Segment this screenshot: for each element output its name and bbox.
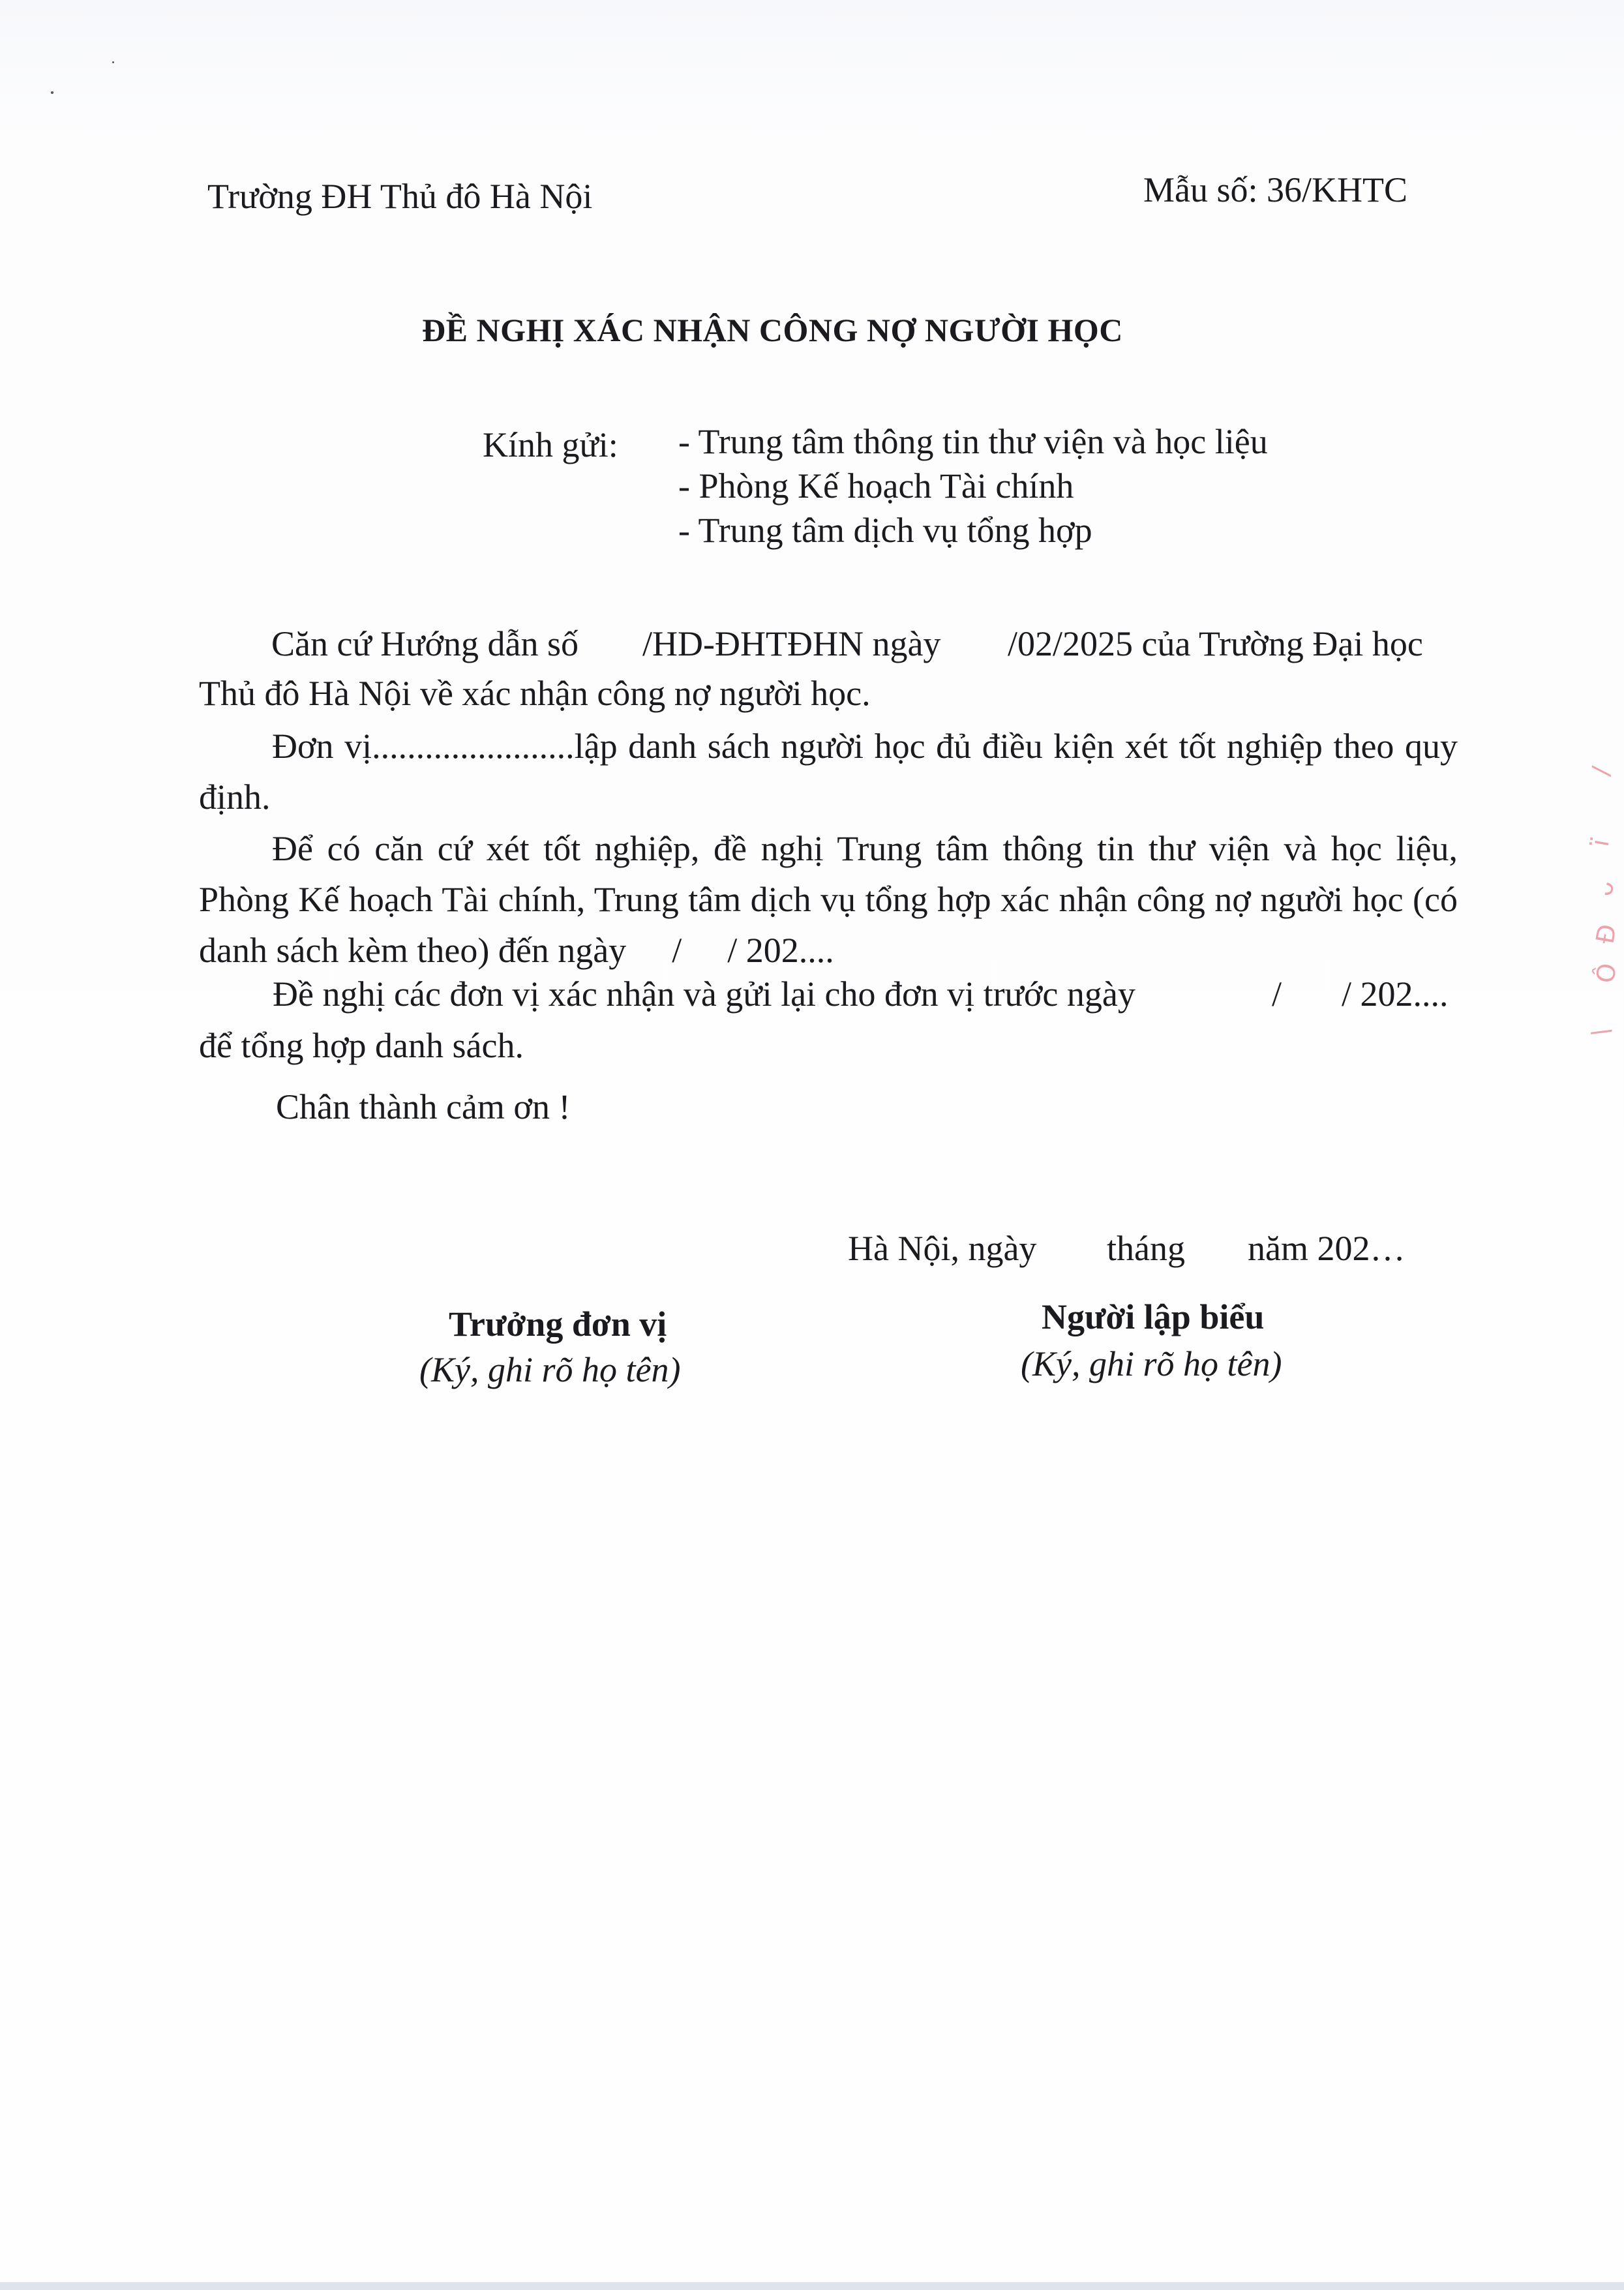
document-title: ĐỀ NGHỊ XÁC NHẬN CÔNG NỢ NGƯỜI HỌC <box>422 314 1123 346</box>
paragraph-basis-b: /HD-ĐHTĐHN ngày <box>642 626 940 661</box>
signature-role-head: Trưởng đơn vị <box>449 1306 667 1342</box>
scan-edge <box>0 2282 1624 2290</box>
recipient-item: - Trung tâm thông tin thư viện và học li… <box>678 424 1268 459</box>
paragraph-unit: Đơn vị.......................lập danh sá… <box>199 721 1458 822</box>
date-year-line: năm 202… <box>1248 1231 1405 1266</box>
paragraph-deadline-b: để tổng hợp danh sách. <box>199 1028 524 1063</box>
date-slash: / <box>1272 976 1282 1012</box>
recipient-item: - Trung tâm dịch vụ tổng hợp <box>678 513 1092 548</box>
recipients-label: Kính gửi: <box>483 427 618 462</box>
paragraph-request: Để có căn cứ xét tốt nghiệp, đề nghị Tru… <box>199 823 1458 976</box>
scan-speck <box>112 61 114 63</box>
closing-thanks: Chân thành cảm ơn ! <box>276 1089 570 1124</box>
form-number: Mẫu số: 36/KHTC <box>1143 172 1407 207</box>
paragraph-deadline-a: Đề nghị các đơn vị xác nhận và gửi lại c… <box>273 976 1135 1012</box>
document-page: Trường ĐH Thủ đô Hà Nội Mẫu số: 36/KHTC … <box>0 0 1624 2290</box>
date-place: Hà Nội, ngày <box>848 1231 1036 1266</box>
date-slash: / <box>672 931 682 970</box>
recipient-item: - Phòng Kế hoạch Tài chính <box>678 468 1074 504</box>
date-year: / 202.... <box>1342 976 1449 1012</box>
scan-speck <box>51 91 53 94</box>
paragraph-basis-a: Căn cứ Hướng dẫn số <box>271 626 579 661</box>
paragraph-basis-c: /02/2025 của Trường Đại học <box>1008 626 1423 661</box>
date-month: tháng <box>1107 1231 1185 1266</box>
signature-role-preparer: Người lập biểu <box>1042 1299 1264 1334</box>
margin-stamp-fragment: / ï ᴗ Đ Ô \ <box>1591 757 1624 1044</box>
school-name: Trường ĐH Thủ đô Hà Nội <box>207 179 592 214</box>
signature-note-preparer: (Ký, ghi rõ họ tên) <box>1021 1346 1282 1381</box>
date-year: / 202.... <box>727 931 834 970</box>
signature-note-head: (Ký, ghi rõ họ tên) <box>419 1352 680 1387</box>
paragraph-basis-d: Thủ đô Hà Nội về xác nhận công nợ người … <box>199 676 871 711</box>
